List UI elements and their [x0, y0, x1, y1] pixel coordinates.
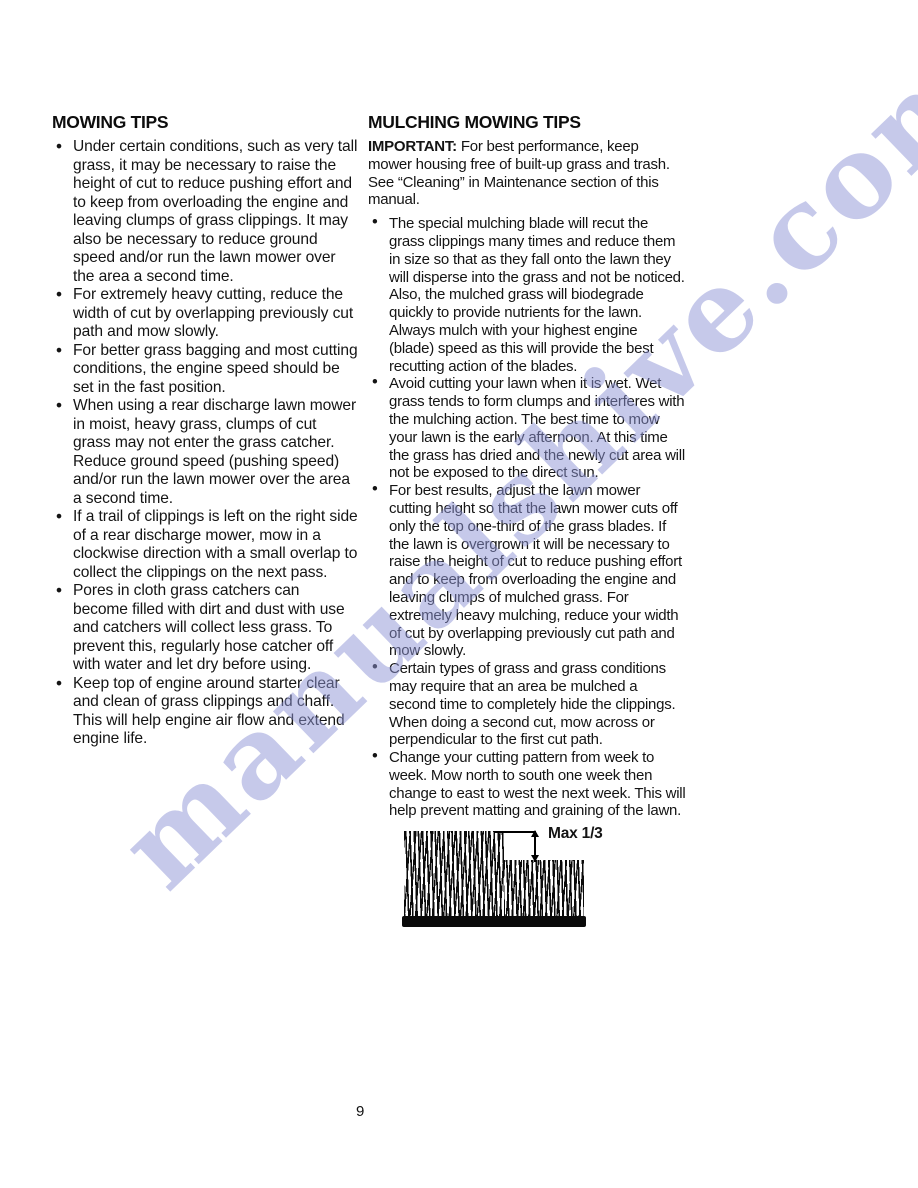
list-item: Keep top of engine around starter clear … — [52, 675, 358, 749]
tall-grass-illustration — [404, 831, 504, 924]
arrow-down-icon — [531, 855, 539, 862]
important-label: IMPORTANT: — [368, 138, 457, 155]
list-item-text: For extremely heavy cutting, reduce the … — [73, 286, 353, 340]
list-item: Under certain conditions, such as very t… — [52, 138, 358, 286]
soil-line-illustration — [402, 916, 586, 927]
right-column: MULCHING MOWING TIPS IMPORTANT: For best… — [368, 112, 686, 938]
section-heading-mulching-mowing-tips: MULCHING MOWING TIPS — [368, 112, 686, 133]
list-item-text: Pores in cloth grass catchers can become… — [73, 582, 345, 673]
list-item: For best results, adjust the lawn mower … — [368, 482, 686, 660]
mowing-tips-list: Under certain conditions, such as very t… — [52, 138, 358, 749]
figure-label: Max 1/3 — [548, 825, 603, 843]
page-number: 9 — [356, 1103, 364, 1120]
arrow-up-icon — [531, 830, 539, 837]
list-item-text: For best results, adjust the lawn mower … — [389, 482, 682, 659]
dimension-line — [494, 831, 536, 833]
left-column: MOWING TIPS Under certain conditions, su… — [52, 112, 358, 749]
list-item: For better grass bagging and most cuttin… — [52, 342, 358, 398]
cut-grass-illustration — [504, 860, 584, 924]
list-item: Avoid cutting your lawn when it is wet. … — [368, 375, 686, 482]
important-note: IMPORTANT: For best performance, keep mo… — [368, 138, 686, 209]
list-item: Change your cutting pattern from week to… — [368, 749, 686, 820]
list-item-text: Keep top of engine around starter clear … — [73, 675, 345, 748]
list-item-text: If a trail of clippings is left on the r… — [73, 508, 358, 581]
grass-cut-height-figure: Max 1/3 — [402, 824, 616, 938]
list-item: If a trail of clippings is left on the r… — [52, 508, 358, 582]
list-item-text: Avoid cutting your lawn when it is wet. … — [389, 375, 685, 481]
list-item: Certain types of grass and grass conditi… — [368, 660, 686, 749]
list-item-text: Certain types of grass and grass conditi… — [389, 660, 675, 748]
list-item-text: Under certain conditions, such as very t… — [73, 138, 357, 285]
section-heading-mowing-tips: MOWING TIPS — [52, 112, 358, 133]
list-item: Pores in cloth grass catchers can become… — [52, 582, 358, 675]
mulching-tips-list: The special mulching blade will recut th… — [368, 215, 686, 820]
manual-page: MOWING TIPS Under certain conditions, su… — [0, 0, 918, 1188]
list-item-text: For better grass bagging and most cuttin… — [73, 342, 358, 396]
list-item: For extremely heavy cutting, reduce the … — [52, 286, 358, 342]
list-item: When using a rear discharge lawn mower i… — [52, 397, 358, 508]
list-item-text: Change your cutting pattern from week to… — [389, 749, 685, 819]
list-item: The special mulching blade will recut th… — [368, 215, 686, 375]
list-item-text: When using a rear discharge lawn mower i… — [73, 397, 356, 507]
list-item-text: The special mulching blade will recut th… — [389, 215, 685, 374]
